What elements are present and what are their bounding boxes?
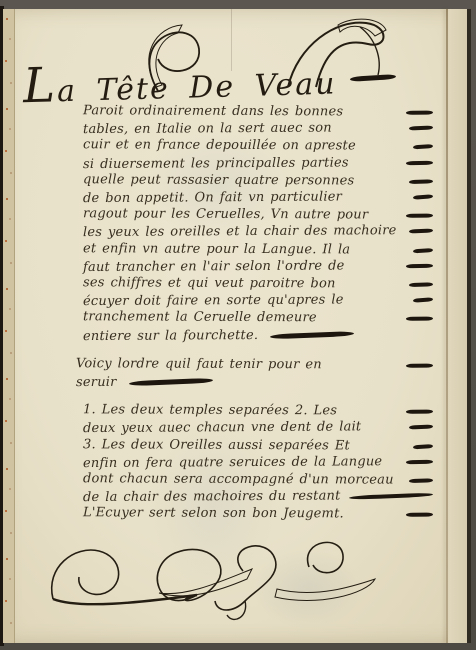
manuscript-line-text: faut trancher en l'air selon l'ordre de	[83, 257, 345, 276]
manuscript-line-text: deux yeux auec chacun vne dent de lait	[83, 419, 361, 438]
manuscript-line-text: dont chacun sera accompagné d'un morceau	[83, 470, 394, 489]
manuscript-line: seruir	[76, 372, 435, 391]
manuscript-line: si diuersement les principalles parties	[83, 154, 435, 173]
manuscript-line-text: L'Ecuyer sert selon son bon Jeugemt.	[83, 505, 344, 523]
line-filler-dash	[413, 443, 433, 448]
line-filler-dash	[348, 493, 433, 500]
line-filler-dash	[406, 459, 433, 464]
line-filler-dash	[413, 297, 433, 303]
manuscript-paragraph: Paroit ordinairement dans les bonnestabl…	[83, 103, 435, 344]
manuscript-paragraph: 1. Les deux temples separées 2. Lesdeux …	[83, 402, 435, 522]
line-filler-dash	[128, 378, 212, 386]
manuscript-line: quelle peut rassasier quatre personnes	[83, 171, 435, 190]
page-crease	[446, 9, 448, 643]
manuscript-line-text: 3. Les deux Oreilles aussi separées Et	[83, 436, 350, 454]
line-filler-dash	[409, 179, 433, 184]
line-filler-dash	[413, 247, 433, 252]
manuscript-line: tranchement la Ceruelle demeure	[83, 309, 435, 328]
manuscript-line-text: ses chiffres et qui veut paroitre bon	[83, 274, 336, 292]
line-filler-dash	[409, 425, 433, 430]
line-filler-dash	[409, 282, 433, 287]
line-filler-dash	[350, 74, 396, 82]
line-filler-dash	[406, 110, 433, 114]
manuscript-page: La Tête De Veau Paroit ordinairement dan…	[3, 9, 471, 643]
manuscript-line-text: quelle peut rassasier quatre personnes	[83, 171, 354, 189]
page-stack-edge	[467, 9, 471, 643]
manuscript-line-text: cuir et en france depouillée on apreste	[83, 137, 356, 155]
manuscript-line-text: Paroit ordinairement dans les bonnes	[83, 102, 343, 120]
line-filler-dash	[406, 363, 433, 367]
line-filler-dash	[406, 160, 433, 165]
manuscript-line: Voicy lordre quil faut tenir pour en	[76, 355, 435, 374]
manuscript-line-text: et enfin vn autre pour la Langue. Il la	[83, 240, 350, 258]
manuscript-line-text: 1. Les deux temples separées 2. Les	[83, 401, 337, 419]
line-filler-dash	[406, 409, 433, 413]
manuscript-line-text: tranchement la Ceruelle demeure	[83, 309, 317, 327]
manuscript-line: et enfin vn autre pour la Langue. Il la	[83, 240, 435, 259]
line-filler-dash	[413, 194, 433, 200]
manuscript-line-text: entiere sur la fourchette.	[83, 327, 258, 345]
manuscript-line: enfin on fera quatre seruices de la Lang…	[83, 453, 435, 472]
line-filler-dash	[413, 144, 433, 149]
manuscript-line: L'Ecuyer sert selon son bon Jeugemt.	[83, 505, 435, 524]
line-filler-dash	[409, 478, 433, 483]
line-filler-dash	[409, 125, 433, 130]
manuscript-line-text: enfin on fera quatre seruices de la Lang…	[83, 453, 382, 472]
text-block: Paroit ordinairement dans les bonnestabl…	[83, 103, 435, 535]
manuscript-line: faut trancher en l'air selon l'ordre de	[83, 257, 435, 276]
manuscript-line: deux yeux auec chacun vne dent de lait	[83, 418, 435, 437]
manuscript-line: entiere sur la fourchette.	[83, 326, 435, 345]
manuscript-line-text: les yeux les oreilles et la chair des ma…	[83, 223, 397, 242]
manuscript-line: Paroit ordinairement dans les bonnes	[83, 102, 435, 121]
manuscript-line: 3. Les deux Oreilles aussi separées Et	[83, 436, 435, 455]
photograph-background: La Tête De Veau Paroit ordinairement dan…	[0, 0, 476, 650]
manuscript-line: cuir et en france depouillée on apreste	[83, 137, 435, 156]
line-filler-dash	[270, 331, 354, 339]
manuscript-line-text: Voicy lordre quil faut tenir pour en	[76, 355, 322, 373]
calligraphic-tailpiece-icon	[45, 537, 380, 629]
manuscript-paragraph: Voicy lordre quil faut tenir pour enseru…	[76, 356, 435, 390]
manuscript-line: dont chacun sera accompagné d'un morceau	[83, 470, 435, 489]
manuscript-line: ses chiffres et qui veut paroitre bon	[83, 274, 435, 293]
manuscript-line-text: seruir	[76, 374, 117, 391]
line-filler-dash	[409, 229, 433, 234]
line-filler-dash	[406, 263, 433, 268]
manuscript-line: les yeux les oreilles et la chair des ma…	[83, 222, 435, 241]
line-filler-dash	[406, 213, 433, 217]
page-edges-marbled	[3, 9, 15, 643]
line-filler-dash	[406, 317, 433, 321]
manuscript-line: de bon appetit. On fait vn particulier	[83, 188, 435, 207]
manuscript-line-text: si diuersement les principalles parties	[83, 154, 349, 173]
line-filler-dash	[406, 513, 433, 517]
manuscript-line-text: ragout pour les Ceruelles, Vn autre pour	[83, 205, 368, 223]
